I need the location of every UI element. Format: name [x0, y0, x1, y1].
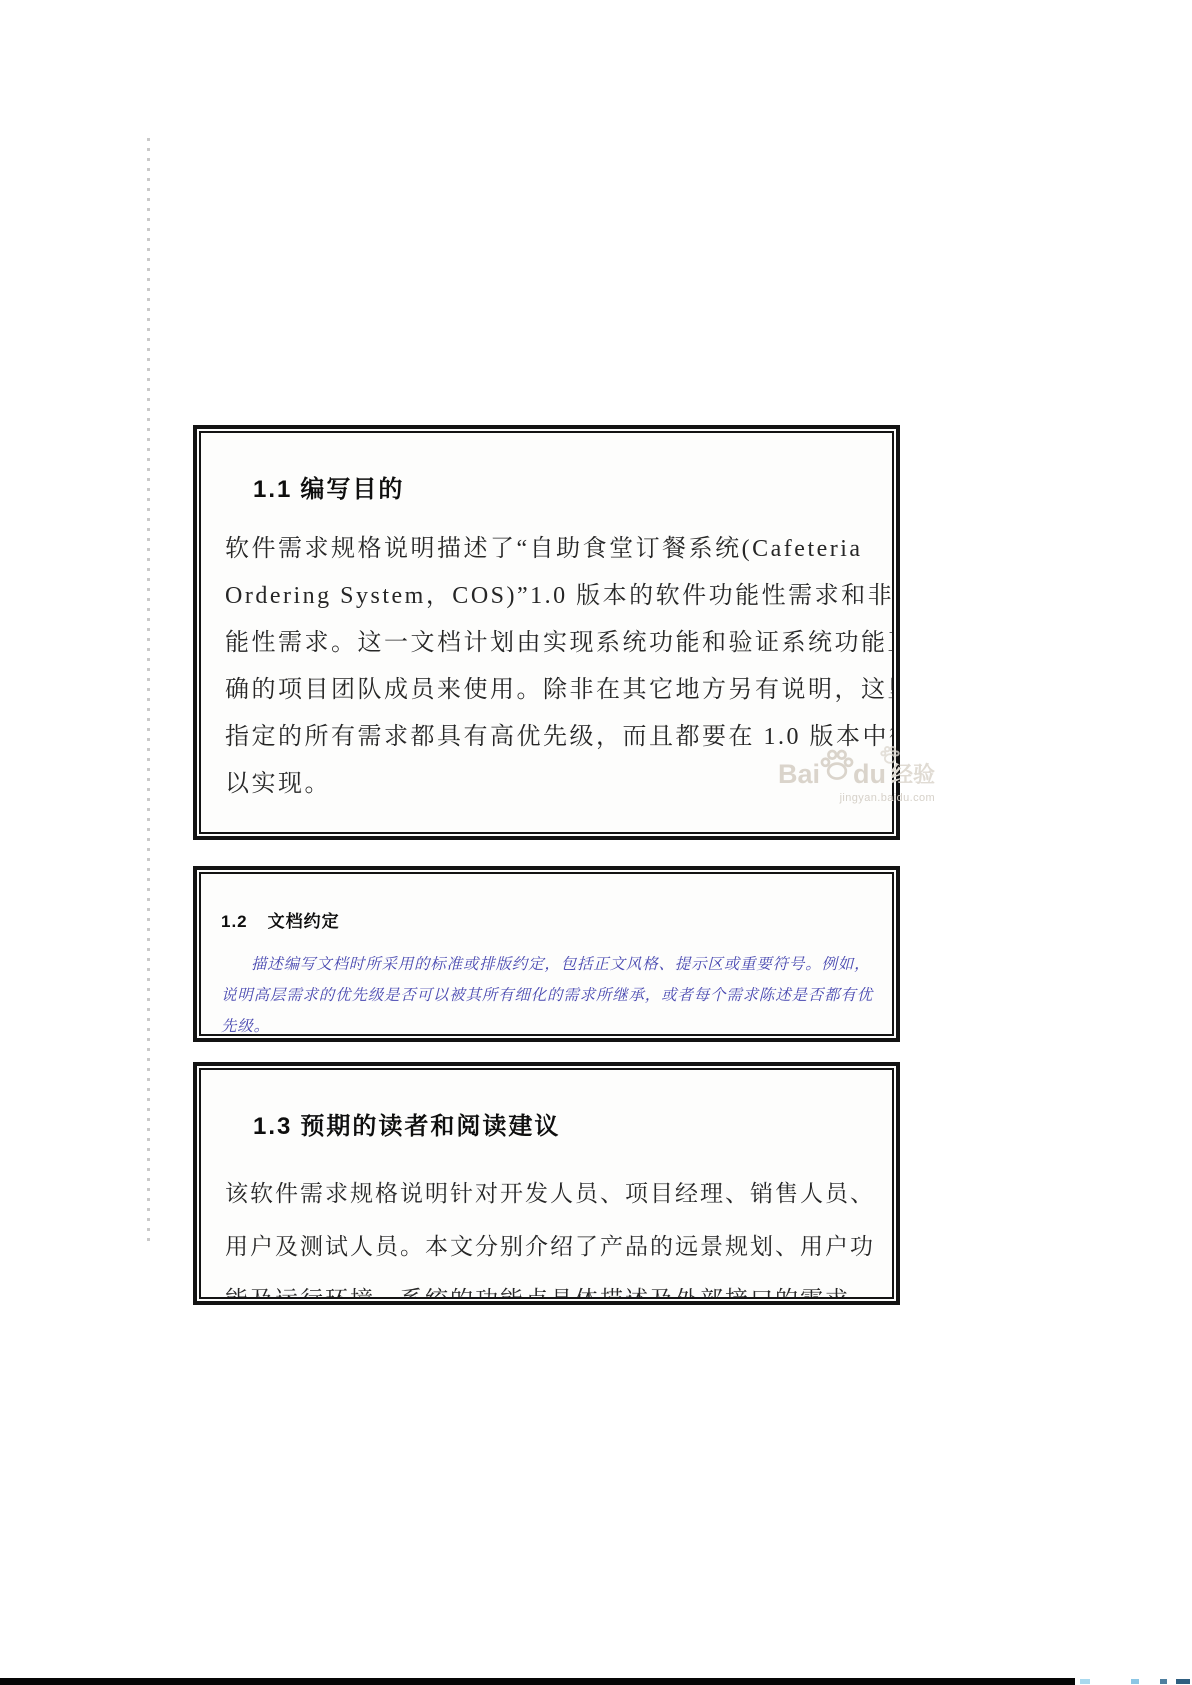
section-box-readers-inner: 1.3预期的读者和阅读建议 该软件需求规格说明针对开发人员、项目经理、销售人员、… — [199, 1068, 894, 1299]
paragraph-line: 指定的所有需求都具有高优先级，而且都要在 1.0 版本中得 — [225, 714, 892, 761]
note-line: 先级。 — [221, 1011, 892, 1036]
section-heading: 编写目的 — [300, 476, 404, 503]
section-box-readers: 1.3预期的读者和阅读建议 该软件需求规格说明针对开发人员、项目经理、销售人员、… — [193, 1062, 900, 1305]
bottom-edge-artifact — [1160, 1679, 1167, 1684]
paragraph-line: 用户及测试人员。本文分别介绍了产品的远景规划、用户功 — [225, 1220, 892, 1273]
bottom-edge-artifact — [1080, 1679, 1090, 1684]
note-line: 说明高层需求的优先级是否可以被其所有细化的需求所继承，或者每个需求陈述是否都有优 — [221, 980, 892, 1011]
paragraph-line: Ordering System，COS)”1.0 版本的软件功能性需求和非功 — [225, 573, 892, 620]
section-number: 1.1 — [253, 476, 292, 503]
watermark-brand: Bai du 经验 — [778, 760, 935, 789]
section-title-purpose: 1.1编写目的 — [201, 453, 892, 504]
section-readers-paragraph: 该软件需求规格说明针对开发人员、项目经理、销售人员、 用户及测试人员。本文分别介… — [201, 1167, 892, 1299]
paragraph-line: 能性需求。这一文档计划由实现系统功能和验证系统功能正 — [225, 620, 892, 667]
section-heading: 预期的读者和阅读建议 — [300, 1113, 560, 1140]
section-box-conventions-inner: 1.2文档约定 描述编写文档时所采用的标准或排版约定，包括正文风格、提示区或重要… — [199, 872, 894, 1036]
bottom-edge-artifact — [1131, 1679, 1139, 1684]
bottom-edge-artifact — [1176, 1679, 1190, 1684]
paw-print-icon — [818, 746, 856, 789]
section-title-readers: 1.3预期的读者和阅读建议 — [201, 1090, 892, 1141]
section-title-conventions: 1.2文档约定 — [201, 891, 892, 932]
page-edge-dotted-line — [147, 138, 150, 1248]
paragraph-line: 该软件需求规格说明针对开发人员、项目经理、销售人员、 — [225, 1167, 892, 1220]
watermark-url: jingyan.baidu.com — [778, 793, 935, 804]
paragraph-line: 确的项目团队成员来使用。除非在其它地方另有说明，这里 — [225, 667, 892, 714]
note-line: 描述编写文档时所采用的标准或排版约定，包括正文风格、提示区或重要符号。例如， — [221, 949, 892, 980]
baidu-jingyan-watermark: Bai du 经验 jingyan.baidu.com — [778, 760, 935, 804]
watermark-text-bai: Bai — [778, 761, 820, 788]
paragraph-line: 软件需求规格说明描述了“自助食堂订餐系统(Cafeteria — [225, 526, 892, 573]
section-heading: 文档约定 — [268, 912, 340, 931]
section-number: 1.3 — [253, 1113, 292, 1140]
paragraph-line: 能及运行环境，系统的功能点具体描述及外部接口的需求。 — [225, 1273, 892, 1299]
bottom-edge-bar — [0, 1678, 1075, 1685]
section-conventions-note: 描述编写文档时所采用的标准或排版约定，包括正文风格、提示区或重要符号。例如， 说… — [201, 949, 892, 1036]
section-box-conventions: 1.2文档约定 描述编写文档时所采用的标准或排版约定，包括正文风格、提示区或重要… — [193, 866, 900, 1042]
section-number: 1.2 — [221, 912, 248, 931]
paw-print-icon-small — [879, 744, 901, 771]
